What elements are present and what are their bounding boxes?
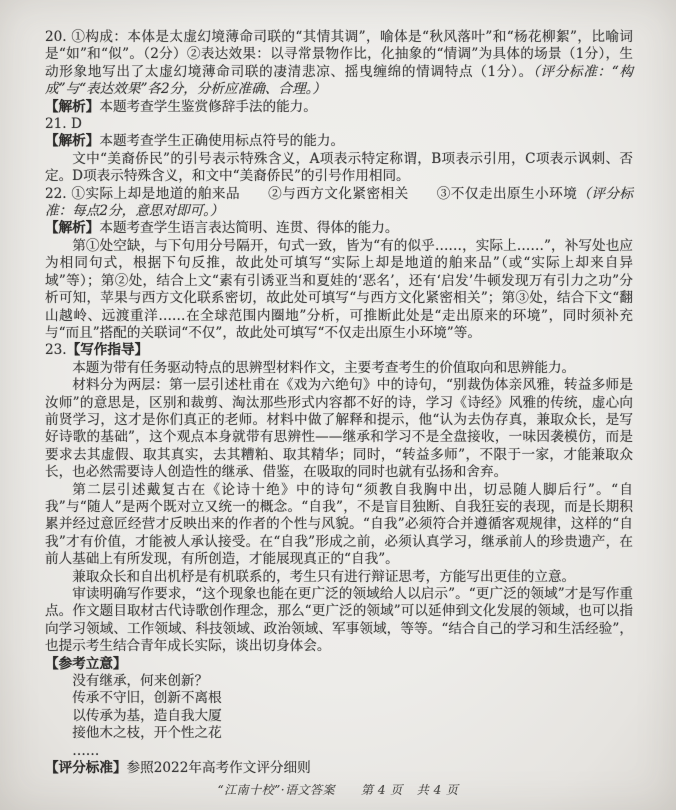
q22-analysis-detail: 第①处空缺，与下句用分号隔开，句式一致，皆为“有的似乎……，实际上……”，补写处… xyxy=(45,238,633,342)
q21-analysis-text: 本题考查学生正确使用标点符号的能力。 xyxy=(99,133,344,149)
q20-analysis-text: 本题考查学生鉴赏修辞手法的能力。 xyxy=(99,99,317,115)
q20-analysis: 【解析】本题考查学生鉴赏修辞手法的能力。 xyxy=(45,99,633,116)
answer-sheet-body: 20. ①构成：本体是太虚幻境薄命司联的“其情其调”，喻体是“秋风落叶”和“杨花… xyxy=(45,29,633,777)
idea-ellipsis: …… xyxy=(45,743,633,760)
q22-answer: 22. ①实际上却是地道的舶来品 ②与西方文化紧密相关 ③不仅走出原生小环境（评… xyxy=(45,186,633,221)
q23-number: 23. xyxy=(45,342,67,358)
q23-paragraph-5: 审读明确写作要求，“这个现象也能在更广泛的领域给人以启示”。“更广泛的领域”才是… xyxy=(45,586,633,656)
q23-paragraph-3: 第二层引述戴复古在《论诗十绝》中的诗句“须教自我胸中出，切忌随人脚后行”。“自我… xyxy=(45,482,633,569)
footer-page-total: 共 4 页 xyxy=(417,783,459,797)
reference-ideas-label: 【参考立意】 xyxy=(45,656,127,672)
q21-analysis: 【解析】本题考查学生正确使用标点符号的能力。 xyxy=(45,133,633,150)
footer-title: “江南十校”·语文答案 xyxy=(217,783,335,797)
idea-item: 以传承为基，造自我大厦 xyxy=(45,708,633,725)
footer-page-number: 第 4 页 xyxy=(361,783,403,797)
scoring-standard: 【评分标准】参照2022年高考作文评分细则 xyxy=(45,760,633,777)
q22-answer-text: 22. ①实际上却是地道的舶来品 ②与西方文化紧密相关 ③不仅走出原生小环境 xyxy=(45,186,577,202)
idea-item: 传承不守旧，创新不离根 xyxy=(45,690,633,707)
reference-ideas-heading: 【参考立意】 xyxy=(45,656,633,673)
writing-guide-label: 【写作指导】 xyxy=(67,342,149,358)
q21-analysis-detail: 文中“美裔侨民”的引号表示特殊含义，A项表示特定称谓，B项表示引用，C项表示讽刺… xyxy=(45,151,633,186)
q23-heading: 23.【写作指导】 xyxy=(45,342,633,359)
idea-item: 接他木之枝，开个性之花 xyxy=(45,725,633,742)
analysis-label: 【解析】 xyxy=(45,220,99,236)
q20-answer: 20. ①构成：本体是太虚幻境薄命司联的“其情其调”，喻体是“秋风落叶”和“杨花… xyxy=(45,29,633,99)
q23-paragraph-4: 兼取众长和自出机杼是有机联系的，考生只有进行辩证思考，方能写出更佳的立意。 xyxy=(45,569,633,586)
q22-analysis-text: 本题考查学生语言表达简明、连贯、得体的能力。 xyxy=(99,220,398,236)
idea-item: 没有继承，何来创新？ xyxy=(45,673,633,690)
q23-paragraph-1: 本题为带有任务驱动特点的思辨型材料作文，主要考查考生的价值取向和思辨能力。 xyxy=(45,360,633,377)
scanned-page: 20. ①构成：本体是太虚幻境薄命司联的“其情其调”，喻体是“秋风落叶”和“杨花… xyxy=(0,0,676,810)
q23-paragraph-2: 材料分为两层：第一层引述杜甫在《戏为六绝句》中的诗句，“别裁伪体亲风雅，转益多师… xyxy=(45,377,633,481)
analysis-label: 【解析】 xyxy=(45,133,99,149)
q22-analysis: 【解析】本题考查学生语言表达简明、连贯、得体的能力。 xyxy=(45,220,633,237)
q21-answer: 21. D xyxy=(45,116,633,133)
scoring-standard-text: 参照2022年高考作文评分细则 xyxy=(127,760,311,776)
analysis-label: 【解析】 xyxy=(45,99,99,115)
scoring-standard-label: 【评分标准】 xyxy=(45,760,127,776)
page-footer: “江南十校”·语文答案第 4 页共 4 页 xyxy=(0,781,676,798)
